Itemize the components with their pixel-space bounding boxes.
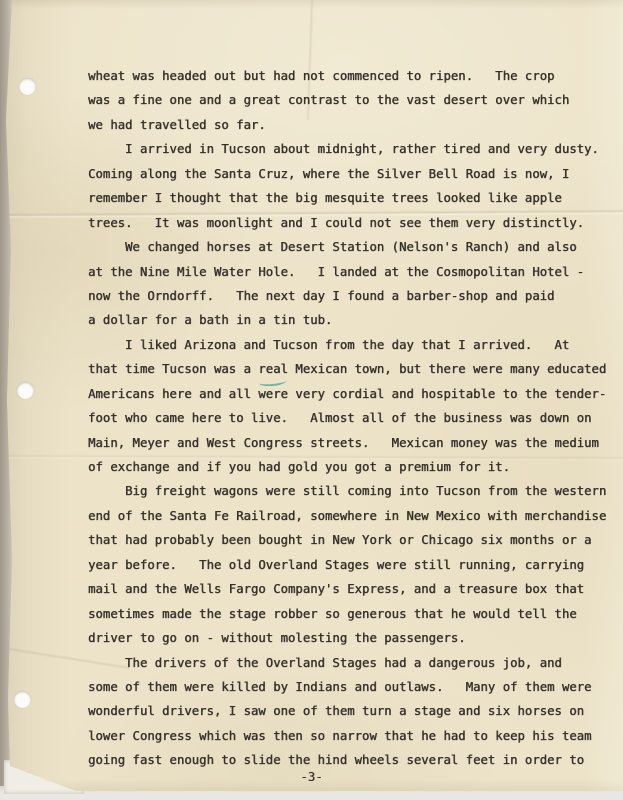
text-line: Americans here and all were very cordial… [88,382,623,406]
text-line: we had travelled so far. [88,113,623,137]
text-line: some of them were killed by Indians and … [88,675,623,699]
text-line: wheat was headed out but had not commenc… [88,64,623,88]
text-line: a dollar for a bath in a tin tub. [88,308,623,332]
text-line: Big freight wagons were still coming int… [88,479,623,503]
text-line: lower Congress which was then so narrow … [88,724,623,748]
punch-hole [19,78,36,95]
punch-hole [14,691,31,708]
text-line: year before. The old Overland Stages wer… [88,553,623,577]
text-line: mail and the Wells Fargo Company's Expre… [88,577,623,601]
text-line: of exchange and if you had gold you got … [88,455,623,479]
text-line: wonderful drivers, I saw one of them tur… [88,699,623,723]
text-line: trees. It was moonlight and I could not … [88,211,623,235]
text-line: remember I thought that the big mesquite… [88,186,623,210]
text-line: sometimes made the stage robber so gener… [88,602,623,626]
text-line: driver to go on - without molesting the … [88,626,623,650]
text-line: now the Orndorff. The next day I found a… [88,284,623,308]
text-line: was a fine one and a great contrast to t… [88,88,623,112]
text-line: that time Tucson was a real Mexican town… [88,357,623,381]
text-line: at the Nine Mile Water Hole. I landed at… [88,260,623,284]
punch-hole [17,382,34,399]
text-line: Main, Meyer and West Congress streets. M… [88,431,623,455]
text-line: foot who came here to live. Almost all o… [88,406,623,430]
typewritten-text: wheat was headed out but had not commenc… [88,64,623,773]
text-line: The drivers of the Overland Stages had a… [88,651,623,675]
text-line: Coming along the Santa Cruz, where the S… [88,162,623,186]
page-number: -3- [0,770,623,784]
text-line: We changed horses at Desert Station (Nel… [88,235,623,259]
text-line: that had probably been bought in New Yor… [88,528,623,552]
text-line: end of the Santa Fe Railroad, somewhere … [88,504,623,528]
text-line: I arrived in Tucson about midnight, rath… [88,137,623,161]
document-page: wheat was headed out but had not commenc… [0,0,623,791]
text-line: I liked Arizona and Tucson from the day … [88,333,623,357]
